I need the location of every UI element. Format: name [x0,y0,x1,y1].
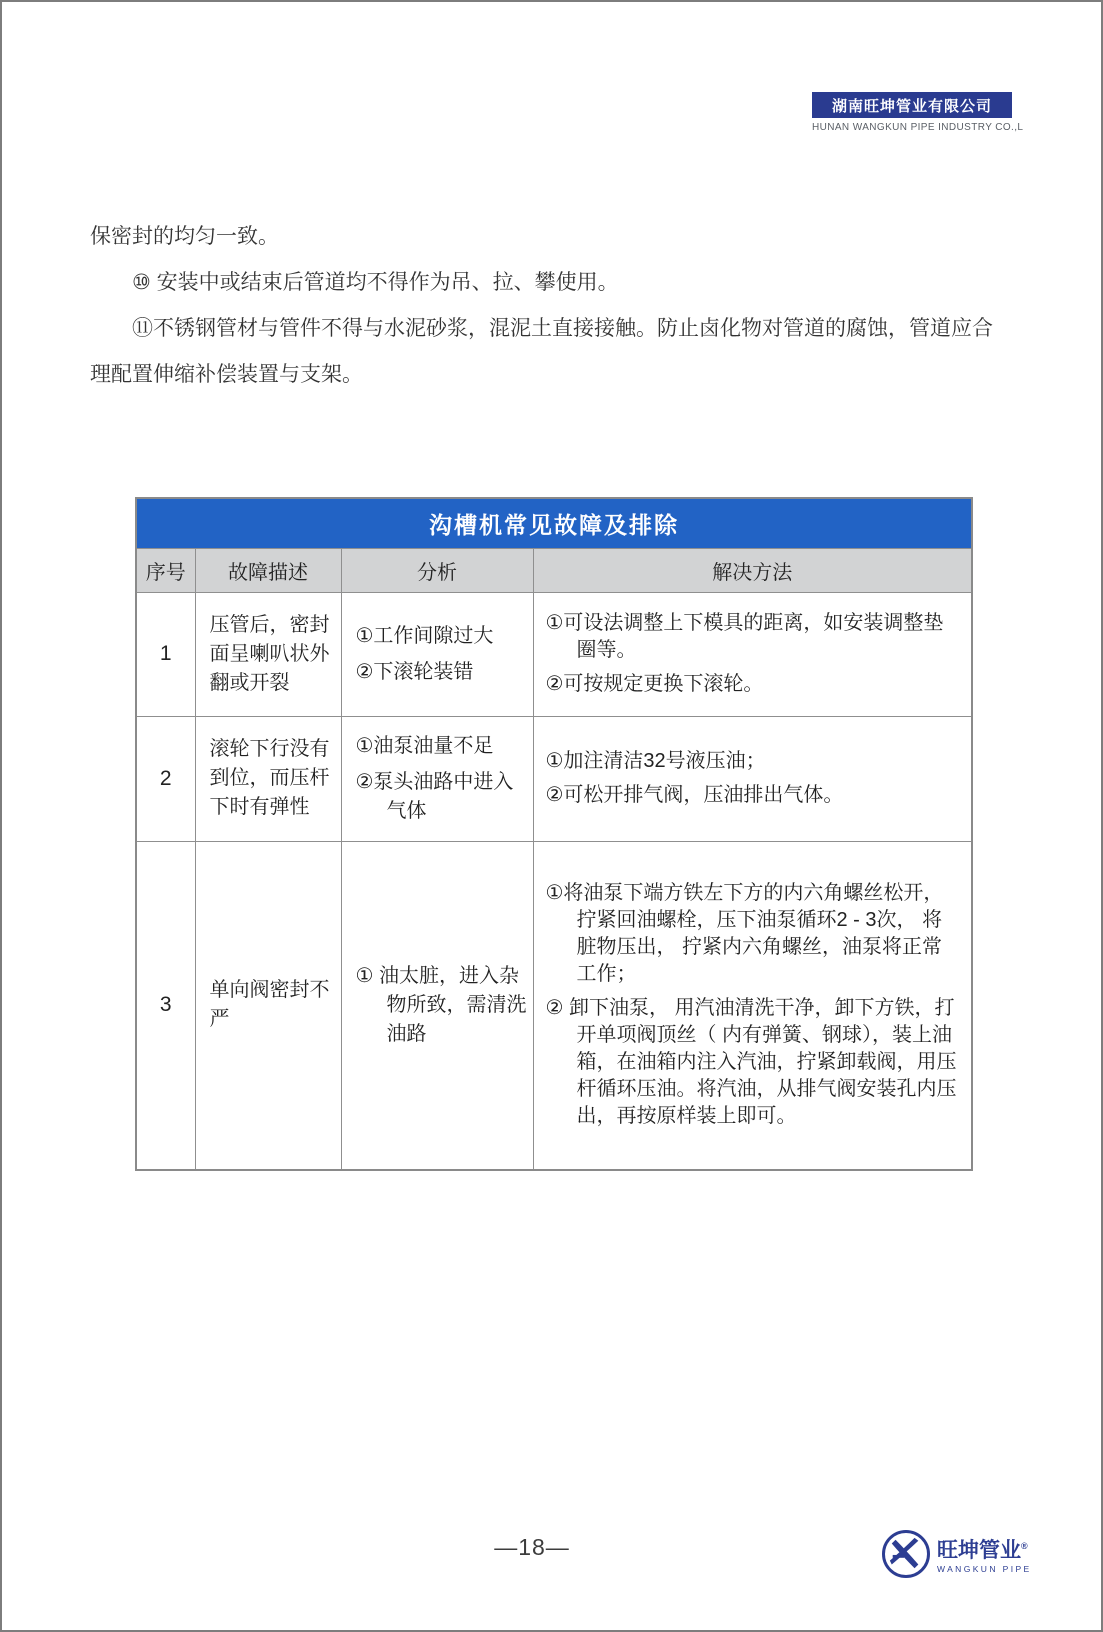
company-name-cn: 湖南旺坤管业有限公司 [832,95,992,116]
intro-paragraph-11: ⑪不锈钢管材与管件不得与水泥砂浆，混泥土直接接触。防止卤化物对管道的腐蚀，管道应… [90,306,1013,398]
fault-description: 压管后，密封面呈喇叭状外翻或开裂 [195,592,341,716]
table-title-row: 沟槽机常见故障及排除 [136,498,972,548]
intro-text-block: 保密封的均匀一致。 ⑩ 安装中或结束后管道均不得作为吊、拉、攀使用。 ⑪不锈钢管… [90,214,1013,398]
solution-item: ①将油泵下端方铁左下方的内六角螺丝松开，拧紧回油螺栓，压下油泵循环2 - 3次，… [546,880,962,988]
column-header-no: 序号 [136,548,195,592]
wangkun-logo-icon [882,1530,930,1578]
footer-logo: 旺坤管业® WANGKUN PIPE [882,1530,1032,1578]
page-number: —18— [452,1534,612,1561]
solution-item: ①可设法调整上下模具的距离，如安装调整垫圈等。 [546,610,962,664]
analysis-item: ① 油太脏，进入杂物所致，需清洗油路 [356,962,527,1049]
fault-table: 沟槽机常见故障及排除 序号 故障描述 分析 解决方法 1 压管后，密封面呈喇叭状… [135,497,973,1171]
table-title: 沟槽机常见故障及排除 [136,498,972,548]
fault-description: 单向阀密封不严 [195,841,341,1170]
column-header-analysis: 分析 [341,548,533,592]
table-row: 3 单向阀密封不严 ① 油太脏，进入杂物所致，需清洗油路 ①将油泵下端方铁左下方… [136,841,972,1170]
analysis-item: ①油泵油量不足 [356,732,527,761]
analysis-item: ②泵头油路中进入气体 [356,768,527,826]
intro-paragraph-10: ⑩ 安装中或结束后管道均不得作为吊、拉、攀使用。 [90,260,1013,306]
solution-cell: ①可设法调整上下模具的距离，如安装调整垫圈等。 ②可按规定更换下滚轮。 [533,592,972,716]
solution-cell: ①加注清洁32号液压油； ②可松开排气阀，压油排出气体。 [533,716,972,841]
solution-item: ② 卸下油泵， 用汽油清洗干净，卸下方铁，打开单项阀顶丝（ 内有弹簧、钢球），装… [546,995,962,1130]
logo-name-cn: 旺坤管业® [937,1535,1032,1562]
intro-line-1: 保密封的均匀一致。 [90,214,1013,260]
fault-table-container: 沟槽机常见故障及排除 序号 故障描述 分析 解决方法 1 压管后，密封面呈喇叭状… [135,497,971,1171]
logo-swoosh-icon [887,1535,925,1573]
column-header-solution: 解决方法 [533,548,972,592]
logo-name-en: WANGKUN PIPE [937,1564,1032,1574]
table-row: 1 压管后，密封面呈喇叭状外翻或开裂 ①工作间隙过大 ②下滚轮装错 ①可设法调整… [136,592,972,716]
row-number: 2 [136,716,195,841]
logo-text-block: 旺坤管业® WANGKUN PIPE [937,1535,1032,1574]
analysis-cell: ①油泵油量不足 ②泵头油路中进入气体 [341,716,533,841]
document-page: 湖南旺坤管业有限公司 HUNAN WANGKUN PIPE INDUSTRY C… [0,0,1103,1632]
solution-item: ②可松开排气阀，压油排出气体。 [546,782,962,809]
analysis-item: ①工作间隙过大 [356,622,527,651]
solution-item: ②可按规定更换下滚轮。 [546,671,962,698]
row-number: 1 [136,592,195,716]
analysis-cell: ①工作间隙过大 ②下滚轮装错 [341,592,533,716]
table-row: 2 滚轮下行没有到位，而压杆下时有弹性 ①油泵油量不足 ②泵头油路中进入气体 ①… [136,716,972,841]
page-header: 湖南旺坤管业有限公司 HUNAN WANGKUN PIPE INDUSTRY C… [812,92,1012,133]
company-name-en: HUNAN WANGKUN PIPE INDUSTRY CO.,L [812,122,1012,133]
table-header-row: 序号 故障描述 分析 解决方法 [136,548,972,592]
fault-description: 滚轮下行没有到位，而压杆下时有弹性 [195,716,341,841]
row-number: 3 [136,841,195,1170]
analysis-item: ②下滚轮装错 [356,658,527,687]
solution-cell: ①将油泵下端方铁左下方的内六角螺丝松开，拧紧回油螺栓，压下油泵循环2 - 3次，… [533,841,972,1170]
column-header-fault: 故障描述 [195,548,341,592]
solution-item: ①加注清洁32号液压油； [546,748,962,775]
registered-mark: ® [1021,1541,1028,1551]
analysis-cell: ① 油太脏，进入杂物所致，需清洗油路 [341,841,533,1170]
company-name-badge: 湖南旺坤管业有限公司 [812,92,1012,118]
